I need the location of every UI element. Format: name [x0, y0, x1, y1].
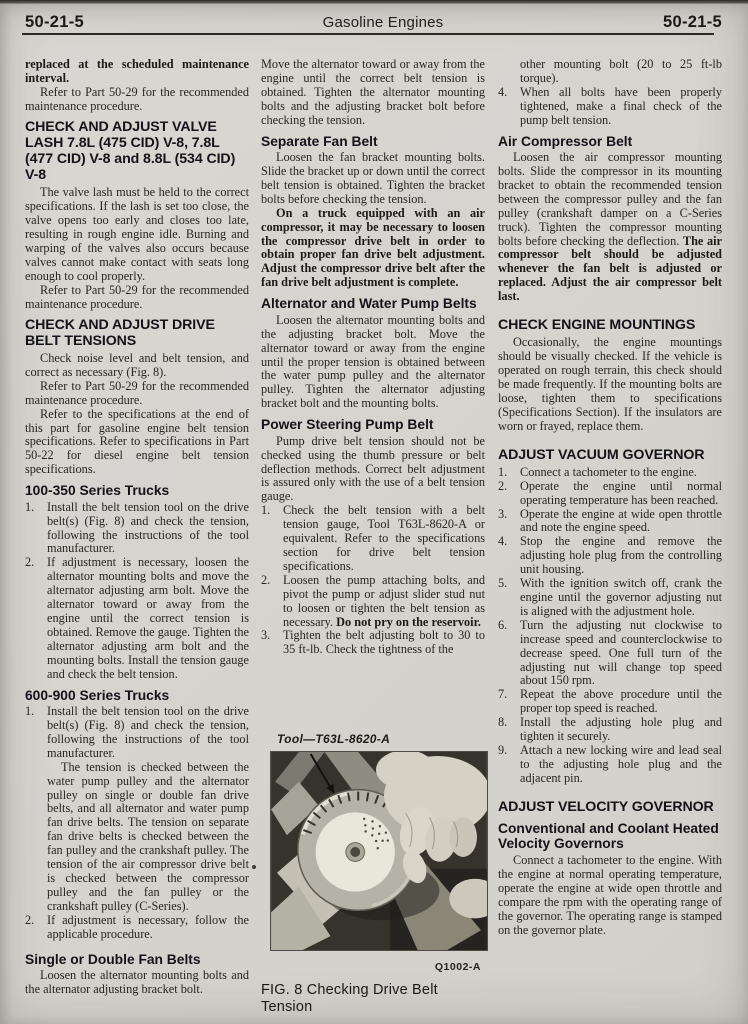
figure-caption: FIG. 8 Checking Drive Belt Tension: [261, 982, 485, 1016]
paragraph-continued-bold: replaced at the scheduled maintenance in…: [25, 58, 249, 86]
figure-tool-callout-label: Tool—T63L-8620-A: [277, 732, 485, 746]
list-number: 3.: [498, 508, 520, 536]
page-title: Gasoline Engines: [0, 14, 748, 32]
column-1: replaced at the scheduled maintenance in…: [25, 58, 249, 997]
list-item: 2. Operate the engine until normal opera…: [498, 480, 722, 508]
list-item: 2. If adjustment is necessary, loosen th…: [25, 556, 249, 681]
paragraph: Loosen the alternator mounting bolts and…: [261, 314, 485, 411]
list-item: 8. Install the adjusting hole plug and t…: [498, 716, 722, 744]
paragraph: Refer to Part 50-29 for the recommended …: [25, 380, 249, 408]
paragraph-with-bold-tail: Loosen the air compressor mounting bolts…: [498, 151, 722, 304]
photo-illustration: [271, 752, 487, 950]
section-heading-check-adjust-drive-belt-tensions: CHECK AND ADJUST DRIVE BELT TENSIONS: [25, 317, 249, 349]
subheading-600-900-series-trucks: 600-900 Series Trucks: [25, 688, 249, 704]
section-heading-check-engine-mountings: CHECK ENGINE MOUNTINGS: [498, 317, 722, 333]
list-item: 5. With the ignition switch off, crank t…: [498, 577, 722, 619]
list-sub-paragraph: The tension is checked between the water…: [47, 761, 249, 914]
print-artifact-dot: [252, 865, 256, 869]
list-number: 1.: [25, 705, 47, 914]
header-rule: [22, 33, 714, 35]
list-text-wrap: Install the belt tension tool on the dri…: [47, 705, 249, 914]
paragraph: Check noise level and belt tension, and …: [25, 352, 249, 380]
subheading-100-350-series-trucks: 100-350 Series Trucks: [25, 483, 249, 499]
list-item: 2. If adjustment is necessary, follow th…: [25, 914, 249, 942]
section-heading-adjust-vacuum-governor: ADJUST VACUUM GOVERNOR: [498, 447, 722, 463]
paragraph: Pump drive belt tension should not be ch…: [261, 435, 485, 505]
list-text-continued: other mounting bolt (20 to 25 ft-lb torq…: [520, 58, 722, 86]
list-item: 4. Stop the engine and remove the adjust…: [498, 535, 722, 577]
list-text: Install the adjusting hole plug and tigh…: [520, 716, 722, 744]
belt-tension-gauge-photo: [270, 751, 488, 951]
paragraph: Refer to Part 50-29 for the recommended …: [25, 284, 249, 312]
list-number: 6.: [498, 619, 520, 689]
figure-photo-code: Q1002-A: [261, 961, 485, 973]
list-item: 2. Loosen the pump attaching bolts, and …: [261, 574, 485, 630]
list-item: 3. Tighten the belt adjusting bolt to 30…: [261, 629, 485, 657]
paragraph: Occasionally, the engine mountings shoul…: [498, 336, 722, 433]
list-text: Turn the adjusting nut clockwise to incr…: [520, 619, 722, 689]
list-number: 5.: [498, 577, 520, 619]
list-number: 8.: [498, 716, 520, 744]
list-item: 3. Operate the engine at wide open throt…: [498, 508, 722, 536]
list-item: 1. Check the belt tension with a belt te…: [261, 504, 485, 574]
list-text: Operate the engine at wide open throttle…: [520, 508, 722, 536]
paragraph: Refer to the specifications at the end o…: [25, 408, 249, 478]
list-item: 9. Attach a new locking wire and lead se…: [498, 744, 722, 786]
paragraph-continued: Move the alternator toward or away from …: [261, 58, 485, 128]
paragraph: Refer to Part 50-29 for the recommended …: [25, 86, 249, 114]
list-item: 4. When all bolts have been properly tig…: [498, 86, 722, 128]
paragraph-bold-warning: On a truck equipped with an air compress…: [261, 207, 485, 290]
list-text: With the ignition switch off, crank the …: [520, 577, 722, 619]
list-number: 1.: [261, 504, 283, 574]
paragraph: The valve lash must be held to the corre…: [25, 186, 249, 283]
list-text: Tighten the belt adjusting bolt to 30 to…: [283, 629, 485, 657]
list-number: 1.: [498, 466, 520, 480]
subheading-single-or-double-fan-belts: Single or Double Fan Belts: [25, 952, 249, 968]
subheading-power-steering-pump-belt: Power Steering Pump Belt: [261, 417, 485, 433]
column-2: Move the alternator toward or away from …: [261, 58, 485, 1020]
page-top-scan-edge: [0, 0, 748, 4]
list-item: 1. Install the belt tension tool on the …: [25, 501, 249, 557]
manual-page: { "colors": {"page_bg":"#d6d4cf","ink":"…: [0, 0, 748, 1024]
list-text: Repeat the above procedure until the pro…: [520, 688, 722, 716]
list-text: Stop the engine and remove the adjusting…: [520, 535, 722, 577]
paragraph: Loosen the fan bracket mounting bolts. S…: [261, 151, 485, 207]
list-number: 2.: [261, 574, 283, 630]
list-number: 4.: [498, 535, 520, 577]
list-item: 1. Connect a tachometer to the engine.: [498, 466, 722, 480]
list-item: 6. Turn the adjusting nut clockwise to i…: [498, 619, 722, 689]
list-text: When all bolts have been properly tighte…: [520, 86, 722, 128]
list-text: Install the belt tension tool on the dri…: [47, 705, 249, 761]
list-item: 7. Repeat the above procedure until the …: [498, 688, 722, 716]
subheading-conventional-and-coolant-heated-velocity-governors: Conventional and Coolant Heated Velocity…: [498, 821, 722, 852]
list-text: If adjustment is necessary, follow the a…: [47, 914, 249, 942]
list-text: Install the belt tension tool on the dri…: [47, 501, 249, 557]
list-text: Attach a new locking wire and lead seal …: [520, 744, 722, 786]
list-number: 3.: [261, 629, 283, 657]
subheading-separate-fan-belt: Separate Fan Belt: [261, 134, 485, 150]
list-number: 2.: [25, 914, 47, 942]
list-text: Loosen the pump attaching bolts, and piv…: [283, 574, 485, 630]
subheading-alternator-and-water-pump-belts: Alternator and Water Pump Belts: [261, 296, 485, 312]
list-item: 1. Install the belt tension tool on the …: [25, 705, 249, 914]
list-number: 7.: [498, 688, 520, 716]
column-3: other mounting bolt (20 to 25 ft-lb torq…: [498, 58, 722, 938]
list-text: Operate the engine until normal operatin…: [520, 480, 722, 508]
section-heading-adjust-velocity-governor: ADJUST VELOCITY GOVERNOR: [498, 799, 722, 815]
section-heading-check-adjust-valve-lash: CHECK AND ADJUST VALVE LASH 7.8L (475 CI…: [25, 119, 249, 184]
list-text: Connect a tachometer to the engine.: [520, 466, 722, 480]
list-number: 2.: [25, 556, 47, 681]
paragraph: Connect a tachometer to the engine. With…: [498, 854, 722, 937]
list-text: If adjustment is necessary, loosen the a…: [47, 556, 249, 681]
list-text: Check the belt tension with a belt tensi…: [283, 504, 485, 574]
list-number: 1.: [25, 501, 47, 557]
list-text-bold: Do not pry on the reservoir.: [336, 615, 481, 629]
list-number: 2.: [498, 480, 520, 508]
subheading-air-compressor-belt: Air Compressor Belt: [498, 134, 722, 150]
list-number: 4.: [498, 86, 520, 128]
paragraph: Loosen the alternator mounting bolts and…: [25, 969, 249, 997]
header-page-number-right: 50-21-5: [663, 12, 722, 32]
list-number: 9.: [498, 744, 520, 786]
figure-8: Tool—T63L-8620-A: [261, 732, 485, 1020]
